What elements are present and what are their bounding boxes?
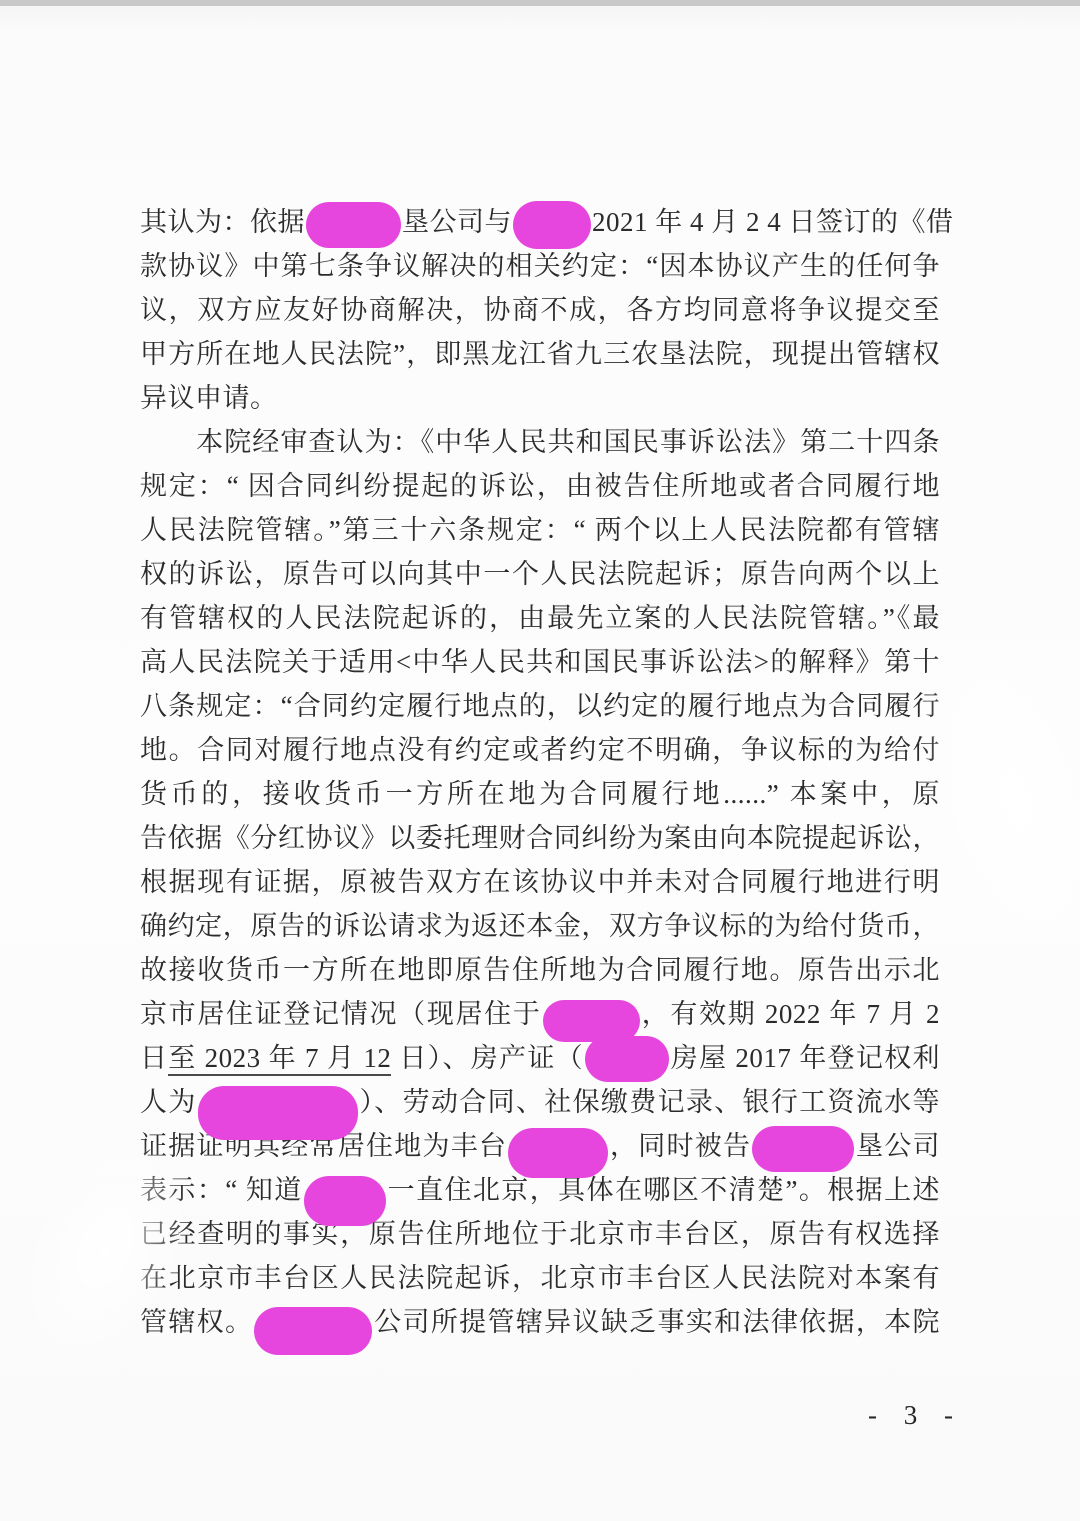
text-line: 八条规定：“合同约定履行地点的，以约定的履行地点为合同履行 xyxy=(140,684,940,728)
text-run: 其认为：依据 xyxy=(140,207,305,237)
text-line: 议，双方应友好协商解决，协商不成，各方均同意将争议提交至 xyxy=(140,288,940,332)
text-run: 管辖权。 xyxy=(140,1307,253,1337)
text-run: 京市居住证登记情况（现居住于 xyxy=(140,999,542,1029)
text-run: 日 xyxy=(140,1043,168,1073)
text-run: ）、劳动合同、社保缴费记录、银行工资流水等 xyxy=(359,1087,940,1117)
text-run: 甲方所在地人民法院”，即黑龙江省九三农垦法院，现提出管辖权 xyxy=(140,339,940,369)
redaction-blob xyxy=(304,1176,386,1226)
scanned-court-document-page: { "page": { "page_number": "- 3 -", "bac… xyxy=(0,0,1080,1521)
text-run: 公司所提管辖异议缺乏事实和法律依据，本院 xyxy=(373,1307,940,1337)
redaction-blob xyxy=(254,1307,372,1355)
text-run: 垦公司 xyxy=(855,1131,940,1161)
text-run: 货币的，接收货币一方所在地为合同履行地......” 本案中，原 xyxy=(140,779,940,809)
text-line: 人民法院管辖。”第三十六条规定：“ 两个以上人民法院都有管辖 xyxy=(140,508,940,552)
text-line: 告依据《分红协议》以委托理财合同纠纷为案由向本院提起诉讼， xyxy=(140,816,940,860)
text-run: 日）、房产证（ xyxy=(391,1043,584,1073)
text-run: 款协议》中第七条争议解决的相关约定：“因本协议产生的任何争 xyxy=(140,251,940,281)
text-run: 八条规定：“合同约定履行地点的，以约定的履行地点为合同履行 xyxy=(140,691,940,721)
text-run: 根据现有证据，原被告双方在该协议中并未对合同履行地进行明 xyxy=(140,867,940,897)
text-line: 其认为：依据垦公司与2021 年 4 月 2 4 日签订的《借 xyxy=(140,200,940,244)
redaction-blob xyxy=(306,202,401,248)
redaction-blob xyxy=(513,201,591,249)
text-run: ，同时被告 xyxy=(609,1131,751,1161)
text-line: 在北京市丰台区人民法院起诉，北京市丰台区人民法院对本案有 xyxy=(140,1256,940,1300)
text-line: 已经查明的事实，原告住所地位于北京市丰台区，原告有权选择 xyxy=(140,1212,940,1256)
text-run: 已经查明的事实，原告住所地位于北京市丰台区，原告有权选择 xyxy=(140,1219,940,1249)
text-run: 高人民法院关于适用<中华人民共和国民事诉讼法>的解释》第十 xyxy=(140,647,940,677)
text-line: 人为）、劳动合同、社保缴费记录、银行工资流水等 xyxy=(140,1080,940,1124)
text-run: 垦公司与 xyxy=(402,207,512,237)
text-run: 人民法院管辖。”第三十六条规定：“ 两个以上人民法院都有管辖 xyxy=(140,515,940,545)
text-run: 人为 xyxy=(140,1087,197,1117)
redaction-blob xyxy=(752,1126,854,1172)
text-line: 日至 2023 年 7 月 12 日）、房产证（房屋 2017 年登记权利 xyxy=(140,1036,940,1080)
text-run: 2021 年 4 月 2 4 日签订的《借 xyxy=(592,207,954,237)
text-run: 故接收货币一方所在地即原告住所地为合同履行地。原告出示北 xyxy=(140,955,940,985)
page-number: - 3 - xyxy=(868,1400,963,1431)
text-line: 确约定，原告的诉讼请求为返还本金，双方争议标的为给付货币， xyxy=(140,904,940,948)
text-run: 表示：“ 知道 xyxy=(140,1175,303,1205)
redaction-blob xyxy=(508,1128,608,1178)
text-run: 异议申请。 xyxy=(140,383,278,413)
text-line: 规定：“ 因合同纠纷提起的诉讼，由被告住所地或者合同履行地 xyxy=(140,464,940,508)
text-run: 在北京市丰台区人民法院起诉，北京市丰台区人民法院对本案有 xyxy=(140,1263,940,1293)
text-run: 规定：“ 因合同纠纷提起的诉讼，由被告住所地或者合同履行地 xyxy=(140,471,940,501)
text-run: 议，双方应友好协商解决，协商不成，各方均同意将争议提交至 xyxy=(140,295,940,325)
text-run: 本院经审查认为：《中华人民共和国民事诉讼法》第二十四条 xyxy=(140,427,940,457)
text-line: 故接收货币一方所在地即原告住所地为合同履行地。原告出示北 xyxy=(140,948,940,992)
text-line: 管辖权。公司所提管辖异议缺乏事实和法律依据，本院 xyxy=(140,1300,940,1344)
text-run: 告依据《分红协议》以委托理财合同纠纷为案由向本院提起诉讼， xyxy=(140,823,940,853)
text-line: 货币的，接收货币一方所在地为合同履行地......” 本案中，原 xyxy=(140,772,940,816)
text-run: 一直住北京，具体在哪区不清楚”。根据上述 xyxy=(387,1175,940,1205)
scanner-edge-strip xyxy=(0,0,1080,6)
text-line: 权的诉讼，原告可以向其中一个人民法院起诉；原告向两个以上 xyxy=(140,552,940,596)
text-run: 确约定，原告的诉讼请求为返还本金，双方争议标的为给付货币， xyxy=(140,911,940,941)
redaction-blob xyxy=(198,1086,358,1140)
text-line: 根据现有证据，原被告双方在该协议中并未对合同履行地进行明 xyxy=(140,860,940,904)
redaction-blob xyxy=(585,1036,669,1082)
text-run: ，有效期 2022 年 7 月 2 xyxy=(641,999,940,1029)
text-line: 款协议》中第七条争议解决的相关约定：“因本协议产生的任何争 xyxy=(140,244,940,288)
text-line: 甲方所在地人民法院”，即黑龙江省九三农垦法院，现提出管辖权 xyxy=(140,332,940,376)
text-run: 有管辖权的人民法院起诉的，由最先立案的人民法院管辖。”《最 xyxy=(140,603,940,633)
text-run: 房屋 2017 年登记权利 xyxy=(670,1043,940,1073)
document-body: 其认为：依据垦公司与2021 年 4 月 2 4 日签订的《借款协议》中第七条争… xyxy=(140,200,940,1344)
text-line: 地。合同对履行地点没有约定或者约定不明确，争议标的为给付 xyxy=(140,728,940,772)
text-line: 有管辖权的人民法院起诉的，由最先立案的人民法院管辖。”《最 xyxy=(140,596,940,640)
text-line: 京市居住证登记情况（现居住于，有效期 2022 年 7 月 2 xyxy=(140,992,940,1036)
text-line: 异议申请。 xyxy=(140,376,940,420)
text-line: 本院经审查认为：《中华人民共和国民事诉讼法》第二十四条 xyxy=(140,420,940,464)
underlined-text-run: 至 2023 年 7 月 12 xyxy=(168,1043,391,1076)
text-line: 高人民法院关于适用<中华人民共和国民事诉讼法>的解释》第十 xyxy=(140,640,940,684)
text-run: 权的诉讼，原告可以向其中一个人民法院起诉；原告向两个以上 xyxy=(140,559,940,589)
text-run: 地。合同对履行地点没有约定或者约定不明确，争议标的为给付 xyxy=(140,735,940,765)
